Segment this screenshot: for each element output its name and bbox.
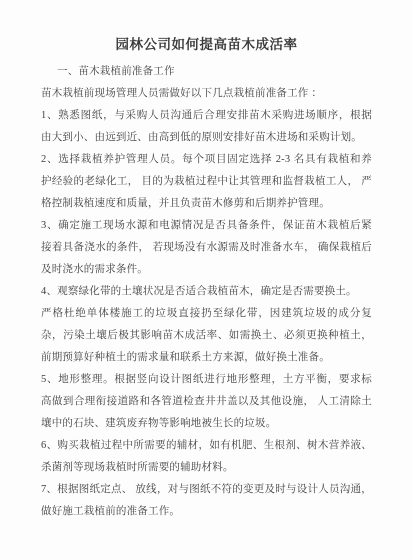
body-line: 接着具备浇水的条件， 若现场没有水源需及时准备水车， 确保栽植后 <box>41 237 372 259</box>
body-line: 杂，污染土壤后极其影响苗木成活率、如需换土、必须更换种植土， <box>41 325 372 347</box>
body-line: 杀菌剂等现场栽植时所需要的辅助材料。 <box>41 457 372 479</box>
section-heading: 一、苗木栽植前准备工作 <box>41 61 372 83</box>
document-title: 园林公司如何提高苗木成活率 <box>0 35 413 55</box>
intro-line: 苗木栽植前现场管理人员需做好以下几点栽植前准备工作 ： <box>41 83 372 105</box>
body-line: 前期预算好种植土的需求量和联系土方来源，做好换土准备。 <box>41 347 372 369</box>
body-line: 4、观察绿化带的土壤状况是否适合栽植苗木，确定是否需要换土。 <box>41 281 372 303</box>
body-line: 6、购买栽植过程中所需要的辅材，如有机肥、生根剂、树木营养液、 <box>41 435 372 457</box>
body-line: 由大到小、由远到近、由高到低的原则安排好苗木进场和采购计划。 <box>41 127 372 149</box>
body-line: 1、熟悉图纸，与采购人员沟通后合理安排苗木采购进场顺序，根据 <box>41 105 372 127</box>
body-line: 7、根据图纸定点、 放线，对与图纸不符的变更及时与设计人员沟通， <box>41 479 372 501</box>
document-body: 一、苗木栽植前准备工作 苗木栽植前现场管理人员需做好以下几点栽植前准备工作 ： … <box>41 61 372 523</box>
body-line: 5、地形整理。根据竖向设计图纸进行地形整理，土方平衡，要求标 <box>41 369 372 391</box>
body-line: 2、选择栽植养护管理人员。每个项目固定选择 2-3 名具有栽植和养 <box>41 149 372 171</box>
document-page: 园林公司如何提高苗木成活率 一、苗木栽植前准备工作 苗木栽植前现场管理人员需做好… <box>0 0 413 560</box>
body-line: 严格杜绝单体楼施工的垃圾直接扔至绿化带，因建筑垃圾的成分复 <box>41 303 372 325</box>
body-line: 护经验的老绿化工， 目的为栽植过程中让其管理和监督栽植工人， 严 <box>41 171 372 193</box>
body-line: 格控制栽植速度和质量，并且负责苗木修剪和后期养护管理。 <box>41 193 372 215</box>
body-line: 高做到合理衔接道路和各管道检查井井盖以及其他设施， 人工清除土 <box>41 391 372 413</box>
body-line: 壤中的石块、建筑废弃物等影响地被生长的垃圾。 <box>41 413 372 435</box>
body-line: 做好施工栽植前的准备工作。 <box>41 501 372 523</box>
body-line: 3、确定施工现场水源和电源情况是否具备条件，保证苗木栽植后紧 <box>41 215 372 237</box>
body-line: 及时浇水的需求条件。 <box>41 259 372 281</box>
